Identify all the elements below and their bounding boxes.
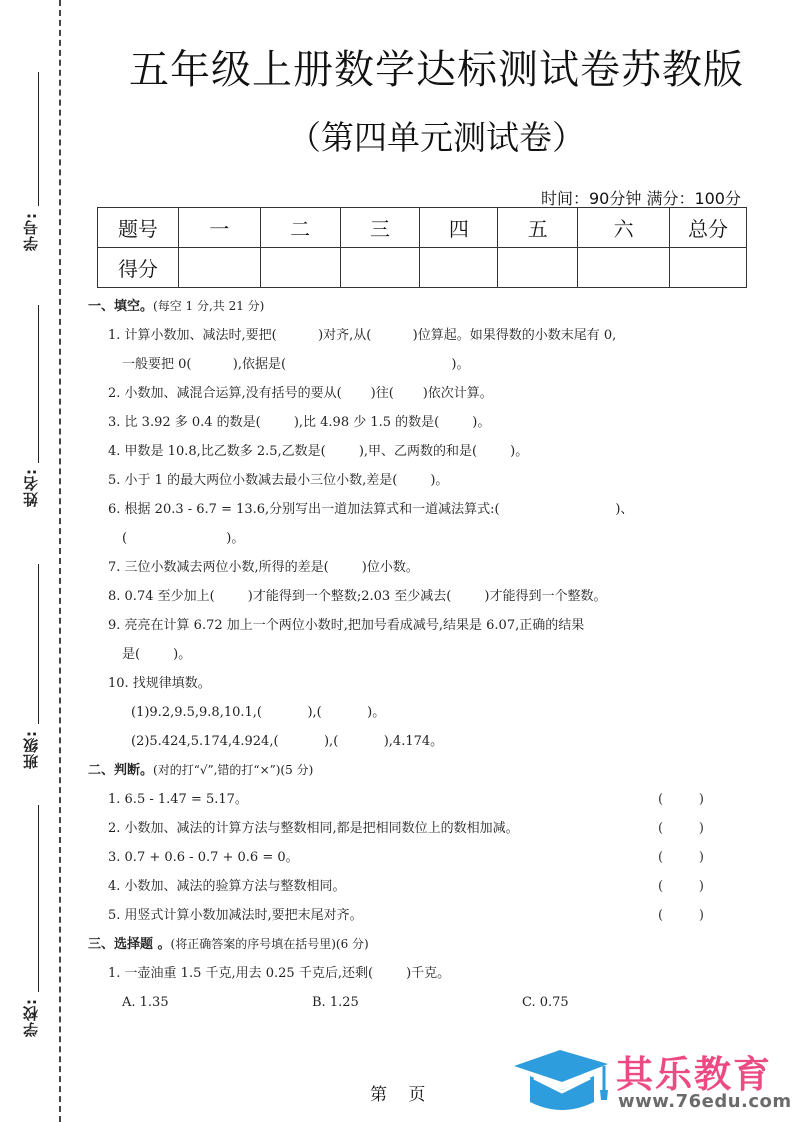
question: 2. 小数加、减混合运算,没有括号的要从( )往( )依次计算。 [88,379,728,408]
bracket-close: ) [699,814,704,843]
name-line [38,305,39,463]
question-text: 2. 小数加、减法的计算方法与整数相同,都是把相同数位上的数相加减。 [108,814,519,843]
question: 7. 三位小数减去两位小数,所得的差是( )位小数。 [88,553,728,582]
score-cell[interactable] [178,248,260,288]
score-cell[interactable] [498,248,578,288]
bracket-close: ) [699,843,704,872]
judgement-question: 3. 0.7 + 0.6 - 0.7 + 0.6 = 0。 () [88,843,728,872]
question: 10. 找规律填数。 [88,669,728,698]
header-cell: 四 [420,208,498,248]
page-title: 五年级上册数学达标测试卷苏教版 [80,38,793,95]
class-line [38,564,39,724]
section-title: 三、选择题 。 [88,937,171,952]
judgement-question: 1. 6.5 - 1.47 = 5.17。 () [88,785,728,814]
question: 1. 计算小数加、减法时,要把( )对齐,从( )位算起。如果得数的小数末尾有 … [88,321,728,350]
exam-meta: 时间：90分钟 满分：100分 [541,186,741,209]
section-note: (对的打“√”,错的打“×”)(5 分) [153,763,313,777]
section-note: (每空 1 分,共 21 分) [153,299,264,313]
sub-question: (1)9.2,9.5,9.8,10.1,( ),( )。 [88,698,728,727]
bracket-close: ) [699,872,704,901]
answer-brackets[interactable]: () [658,901,704,930]
section-judgement: 二、判断。(对的打“√”,错的打“×”)(5 分) 1. 6.5 - 1.47 … [88,756,728,930]
question-text: 5. 用竖式计算小数加减法时,要把末尾对齐。 [108,901,363,930]
exam-content: 一、填空。(每空 1 分,共 21 分) 1. 计算小数加、减法时,要把( )对… [88,292,728,1017]
section-heading: 三、选择题 。(将正确答案的序号填在括号里)(6 分) [88,930,728,959]
answer-brackets[interactable]: () [658,785,704,814]
question-text: 4. 小数加、减法的验算方法与整数相同。 [108,872,346,901]
answer-brackets[interactable]: () [658,843,704,872]
option-c[interactable]: C. 0.75 [522,988,569,1017]
judgement-question: 2. 小数加、减法的计算方法与整数相同,都是把相同数位上的数相加减。 () [88,814,728,843]
score-cell[interactable] [260,248,340,288]
question-text: 3. 0.7 + 0.6 - 0.7 + 0.6 = 0。 [108,843,299,872]
question-text: 1. 6.5 - 1.47 = 5.17。 [108,785,248,814]
section-multiple-choice: 三、选择题 。(将正确答案的序号填在括号里)(6 分) 1. 一壶油重 1.5 … [88,930,728,1017]
judgement-question: 5. 用竖式计算小数加减法时,要把末尾对齐。 () [88,901,728,930]
question: 4. 甲数是 10.8,比乙数多 2.5,乙数是( ),甲、乙两数的和是( )。 [88,437,728,466]
question: 9. 亮亮在计算 6.72 加上一个两位小数时,把加号看成减号,结果是 6.07… [88,611,728,640]
score-cell[interactable] [340,248,420,288]
judgement-question: 4. 小数加、减法的验算方法与整数相同。 () [88,872,728,901]
answer-brackets[interactable]: () [658,872,704,901]
section-note: (将正确答案的序号填在括号里)(6 分) [171,937,369,951]
section-title: 二、判断。 [88,763,153,778]
class-label: 班级: [20,730,48,769]
option-b[interactable]: B. 1.25 [312,988,522,1017]
option-a[interactable]: A. 1.35 [122,988,312,1017]
brand-url[interactable]: www.76edu.com [618,1091,792,1112]
sub-question: (2)5.424,5.174,4.924,( ),( ),4.174。 [88,727,728,756]
graduation-cap-icon [512,1048,612,1118]
question: 5. 小于 1 的最大两位小数减去最小三位小数,差是( )。 [88,466,728,495]
section-fill-in: 一、填空。(每空 1 分,共 21 分) 1. 计算小数加、减法时,要把( )对… [88,292,728,756]
brand-logo: 其乐教育 www.76edu.com [510,1044,793,1119]
header-cell: 总分 [670,208,747,248]
score-cell[interactable] [578,248,670,288]
score-cell[interactable] [420,248,498,288]
question-continuation: ( )。 [88,524,728,553]
score-cell[interactable] [670,248,747,288]
school-label: 学校: [20,998,48,1037]
answer-options: A. 1.35 B. 1.25 C. 0.75 [88,988,728,1017]
section-heading: 一、填空。(每空 1 分,共 21 分) [88,292,728,321]
header-cell: 题号 [98,208,179,248]
binding-cut-line [59,0,61,1122]
header-cell: 五 [498,208,578,248]
bracket-open: ( [658,872,663,901]
page-number-label: 第 页 [370,1080,433,1105]
bracket-close: ) [699,901,704,930]
answer-brackets[interactable]: () [658,814,704,843]
page-subtitle: （第四单元测试卷） [80,112,793,159]
header-cell: 一 [178,208,260,248]
header-cell: 三 [340,208,420,248]
student-id-label: 学号: [20,212,48,251]
student-id-line [38,72,39,206]
name-label: 姓名: [20,468,48,507]
bracket-open: ( [658,785,663,814]
header-cell: 六 [578,208,670,248]
score-row-label: 得分 [98,248,179,288]
section-title: 一、填空。 [88,299,153,314]
question: 8. 0.74 至少加上( )才能得到一个整数;2.03 至少减去( )才能得到… [88,582,728,611]
bracket-open: ( [658,814,663,843]
question: 6. 根据 20.3 - 6.7 = 13.6,分别写出一道加法算式和一道减法算… [88,495,728,524]
bracket-open: ( [658,843,663,872]
section-heading: 二、判断。(对的打“√”,错的打“×”)(5 分) [88,756,728,785]
brand-name: 其乐教育 [616,1044,772,1098]
school-line [38,805,39,992]
score-table-header-row: 题号 一 二 三 四 五 六 总分 [98,208,747,248]
question-continuation: 一般要把 0( ),依据是( )。 [88,350,728,379]
question: 1. 一壶油重 1.5 千克,用去 0.25 千克后,还剩( )千克。 [88,959,728,988]
question-continuation: 是( )。 [88,640,728,669]
bracket-close: ) [699,785,704,814]
score-table-score-row: 得分 [98,248,747,288]
bracket-open: ( [658,901,663,930]
score-table: 题号 一 二 三 四 五 六 总分 得分 [97,207,747,288]
question: 3. 比 3.92 多 0.4 的数是( ),比 4.98 少 1.5 的数是(… [88,408,728,437]
header-cell: 二 [260,208,340,248]
